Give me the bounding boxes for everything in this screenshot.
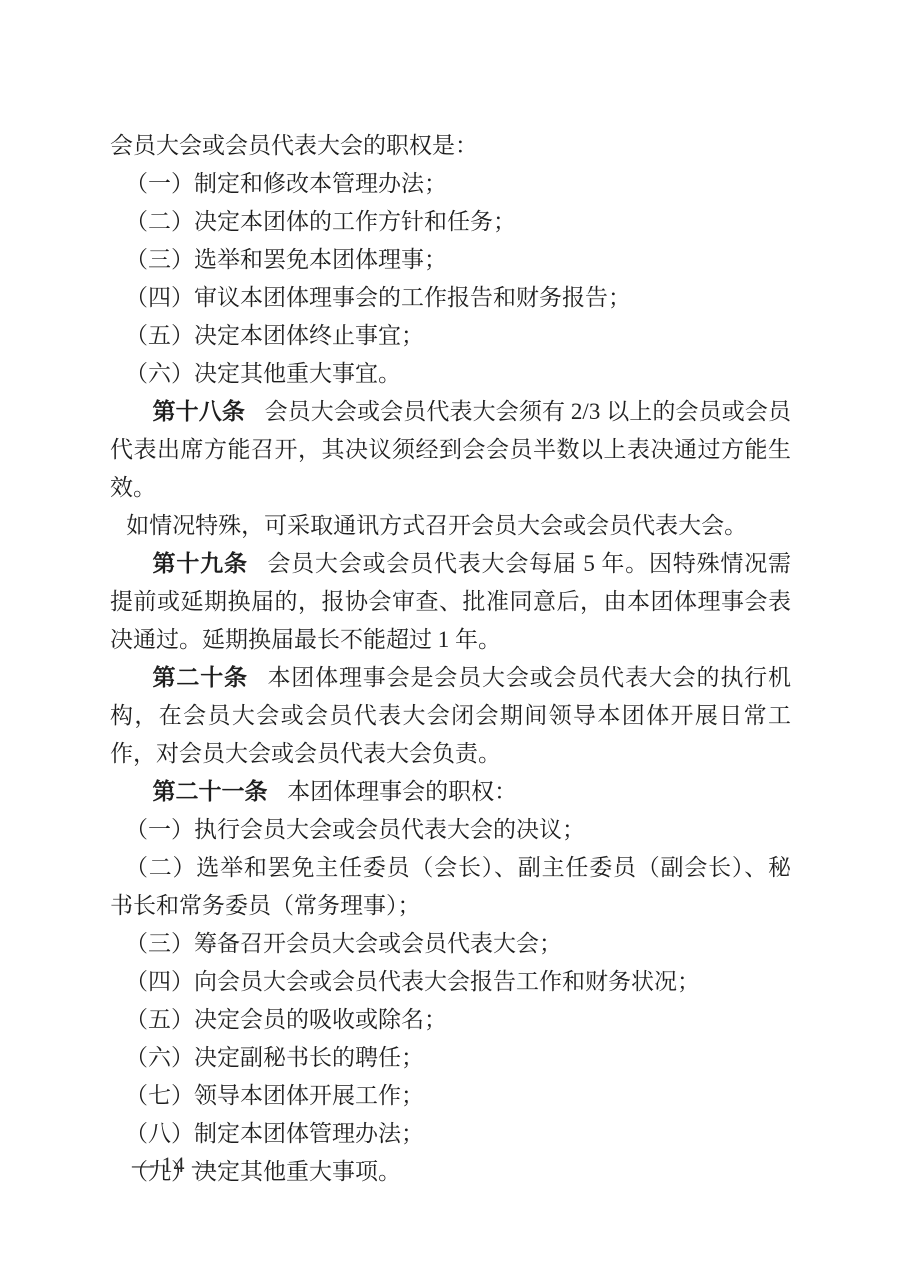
document-page: 会员大会或会员代表大会的职权是： （一）制定和修改本管理办法； （二）决定本团体… <box>0 0 900 1273</box>
clause-item: （八）制定本团体管理办法； <box>110 1115 791 1153</box>
clause-item: （六）决定其他重大事宜。 <box>110 355 791 393</box>
article-paragraph: 第十九条会员大会或会员代表大会每届 5 年。因特殊情况需提前或延期换届的，报协会… <box>110 545 791 659</box>
clause-item: （二）选举和罢免主任委员（会长）、副主任委员（副会长）、秘书长和常务委员（常务理… <box>110 849 791 925</box>
clause-item: （四）向会员大会或会员代表大会报告工作和财务状况； <box>110 963 791 1001</box>
clause-item: （三）选举和罢免本团体理事； <box>110 241 791 279</box>
clause-item: （二）决定本团体的工作方针和任务； <box>110 203 791 241</box>
clause-item: （七）领导本团体开展工作； <box>110 1077 791 1115</box>
clause-item: （三）筹备召开会员大会或会员代表大会； <box>110 925 791 963</box>
clause-item: （四）审议本团体理事会的工作报告和财务报告； <box>110 279 791 317</box>
article-number: 第二十条 <box>153 665 248 690</box>
article-paragraph: 第二十条本团体理事会是会员大会或会员代表大会的执行机构，在会员大会或会员代表大会… <box>110 659 791 773</box>
clause-item: （五）决定会员的吸收或除名； <box>110 1001 791 1039</box>
continuation-paragraph: 如情况特殊，可采取通讯方式召开会员大会或会员代表大会。 <box>110 507 791 545</box>
clause-item: （五）决定本团体终止事宜； <box>110 317 791 355</box>
article-number: 第十八条 <box>153 399 245 424</box>
document-body: 会员大会或会员代表大会的职权是： （一）制定和修改本管理办法； （二）决定本团体… <box>110 127 791 1191</box>
powers-intro-line: 会员大会或会员代表大会的职权是： <box>110 127 791 165</box>
clause-item: （一）执行会员大会或会员代表大会的决议； <box>110 811 791 849</box>
clause-item: （六）决定副秘书长的聘任； <box>110 1039 791 1077</box>
clause-item: （一）制定和修改本管理办法； <box>110 165 791 203</box>
article-number: 第十九条 <box>153 551 248 576</box>
article-number: 第二十一条 <box>153 779 268 804</box>
page-number: — 14 — <box>132 1150 215 1180</box>
article-paragraph: 第十八条会员大会或会员代表大会须有 2/3 以上的会员或会员代表出席方能召开，其… <box>110 393 791 507</box>
article-paragraph: 第二十一条本团体理事会的职权： <box>110 773 791 811</box>
article-text: 本团体理事会的职权： <box>287 779 517 804</box>
